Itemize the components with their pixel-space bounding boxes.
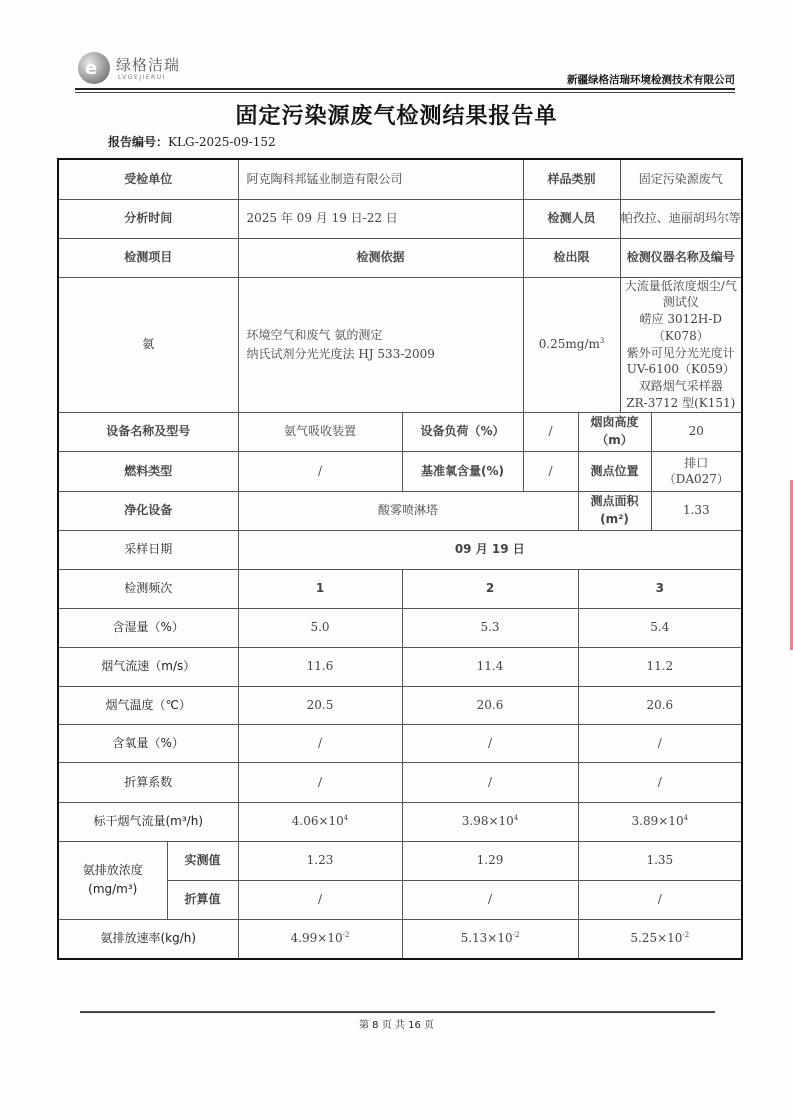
device-label: 设备名称及型号 (58, 412, 238, 451)
header-divider-thin (75, 92, 735, 93)
moisture-value-1: 5.0 (238, 608, 402, 647)
measured-value-2: 1.29 (402, 841, 578, 880)
table-row: 设备名称及型号 氨气吸收装置 设备负荷（%） / 烟囱高度（m） 20 (58, 412, 742, 451)
sample-type-value: 固定污染源废气 (620, 159, 742, 199)
analysis-time-value: 2025 年 09 月 19 日-22 日 (238, 199, 523, 238)
converted-value-2: / (402, 880, 578, 919)
sampling-date-value: 09 月 19 日 (238, 530, 742, 569)
sampling-date-label: 采样日期 (58, 530, 238, 569)
gas-temperature-value-1: 20.5 (238, 686, 402, 724)
logo-chinese-text: 绿格洁瑞 (116, 54, 180, 75)
method-instrument-header: 检测仪器名称及编号 (620, 238, 742, 277)
emission-rate-mantissa: 5.13×10 (461, 931, 513, 945)
load-label: 设备负荷（%） (402, 412, 523, 451)
instrument-line: 双路烟气采样器 (621, 378, 742, 395)
table-row: 含湿量（%） 5.0 5.3 5.4 (58, 608, 742, 647)
emission-rate-exponent: -2 (343, 931, 350, 939)
table-row: 分析时间 2025 年 09 月 19 日-22 日 检测人员 帕孜拉、迪丽胡玛… (58, 199, 742, 238)
inspectors-label: 检测人员 (523, 199, 620, 238)
seal-stamp-edge (784, 480, 793, 650)
frequency-label: 检测频次 (58, 569, 238, 608)
ref-oxygen-value: / (523, 451, 578, 491)
logo-emblem-icon: e (78, 52, 110, 84)
analysis-time-label: 分析时间 (58, 199, 238, 238)
dry-flow-exponent: 4 (514, 814, 518, 822)
instrument-line: 紫外可见分光光度计 (621, 345, 742, 362)
method-basis-line2: 纳氏试剂分光光度法 HJ 533-2009 (247, 345, 523, 364)
emission-rate-mantissa: 4.99×10 (291, 931, 343, 945)
concentration-label: 氨排放浓度 (mg/m³) (58, 841, 167, 919)
flow-velocity-value-1: 11.6 (238, 647, 402, 686)
table-row: 氨排放速率(kg/h) 4.99×10-2 5.13×10-2 5.25×10-… (58, 919, 742, 959)
table-row: 检测项目 检测依据 检出限 检测仪器名称及编号 (58, 238, 742, 277)
converted-value-1: / (238, 880, 402, 919)
company-logo: e 绿格洁瑞 LVGEJIERUI (78, 52, 198, 88)
dry-flow-mantissa: 3.98×10 (462, 814, 514, 828)
sample-type-label: 样品类别 (523, 159, 620, 199)
table-row: 含氧量（%） / / / (58, 724, 742, 762)
table-row: 检测频次 1 2 3 (58, 569, 742, 608)
instrument-line: ZR-3712 型(K151) (621, 395, 742, 412)
limit-exponent: 3 (600, 337, 604, 345)
concentration-label-line1: 氨排放浓度 (59, 861, 167, 880)
frequency-1: 1 (238, 569, 402, 608)
flow-velocity-label: 烟气流速（m/s） (58, 647, 238, 686)
emission-rate-label: 氨排放速率(kg/h) (58, 919, 238, 959)
point-location-line2: （DA027） (652, 471, 742, 488)
gas-temperature-label: 烟气温度（℃） (58, 686, 238, 724)
concentration-unit: (mg/m³) (59, 880, 167, 899)
dry-flow-value-3: 3.89×104 (578, 802, 742, 841)
converted-value-3: / (578, 880, 742, 919)
dry-flow-exponent: 4 (684, 814, 688, 822)
measured-value-3: 1.35 (578, 841, 742, 880)
fuel-label: 燃料类型 (58, 451, 238, 491)
emission-rate-value-1: 4.99×10-2 (238, 919, 402, 959)
table-row: 折算系数 / / / (58, 762, 742, 802)
method-basis-header: 检测依据 (238, 238, 523, 277)
table-row: 氨排放浓度 (mg/m³) 实测值 1.23 1.29 1.35 (58, 841, 742, 880)
fuel-value: / (238, 451, 402, 491)
report-number-value: KLG-2025-09-152 (168, 135, 276, 149)
table-row: 烟气流速（m/s） 11.6 11.4 11.2 (58, 647, 742, 686)
method-basis-line1: 环境空气和废气 氨的测定 (247, 326, 523, 345)
dry-flow-value-1: 4.06×104 (238, 802, 402, 841)
method-limit-value: 0.25mg/m3 (523, 277, 620, 412)
page-number: 第 8 页 共 16 页 (0, 1016, 793, 1031)
stack-height-label: 烟囱高度（m） (578, 412, 651, 451)
table-row: 烟气温度（℃） 20.5 20.6 20.6 (58, 686, 742, 724)
footer-divider (80, 1011, 715, 1013)
logo-english-text: LVGEJIERUI (118, 74, 166, 81)
load-value: / (523, 412, 578, 451)
purifier-value: 酸雾喷淋塔 (238, 491, 578, 530)
table-row: 净化设备 酸雾喷淋塔 测点面积(m²) 1.33 (58, 491, 742, 530)
oxygen-content-value-3: / (578, 724, 742, 762)
dry-flow-label: 标干烟气流量(m³/h) (58, 802, 238, 841)
moisture-label: 含湿量（%） (58, 608, 238, 647)
device-value: 氨气吸收装置 (238, 412, 402, 451)
report-number: 报告编号：KLG-2025-09-152 (108, 133, 276, 150)
oxygen-content-value-2: / (402, 724, 578, 762)
dry-flow-mantissa: 4.06×10 (292, 814, 344, 828)
conversion-factor-label: 折算系数 (58, 762, 238, 802)
method-limit-header: 检出限 (523, 238, 620, 277)
table-row: 受检单位 阿克陶科邦锰业制造有限公司 样品类别 固定污染源废气 (58, 159, 742, 199)
point-location-label: 测点位置 (578, 451, 651, 491)
point-location-line1: 排口 (652, 455, 742, 472)
inspectors-value: 帕孜拉、迪丽胡玛尔等 (620, 199, 742, 238)
dry-flow-exponent: 4 (344, 814, 348, 822)
report-number-label: 报告编号： (108, 135, 168, 149)
point-area-label: 测点面积(m²) (578, 491, 651, 530)
client-value: 阿克陶科邦锰业制造有限公司 (238, 159, 523, 199)
frequency-2: 2 (402, 569, 578, 608)
moisture-value-2: 5.3 (402, 608, 578, 647)
instrument-line: UV-6100（K059） (621, 361, 742, 378)
emission-rate-exponent: -2 (682, 931, 689, 939)
conversion-factor-value-1: / (238, 762, 402, 802)
result-table: 受检单位 阿克陶科邦锰业制造有限公司 样品类别 固定污染源废气 分析时间 202… (57, 158, 743, 960)
dry-flow-value-2: 3.98×104 (402, 802, 578, 841)
company-name: 新疆绿格洁瑞环境检测技术有限公司 (567, 72, 735, 87)
table-row: 燃料类型 / 基准氧含量(%) / 测点位置 排口 （DA027） (58, 451, 742, 491)
frequency-3: 3 (578, 569, 742, 608)
oxygen-content-label: 含氧量（%） (58, 724, 238, 762)
flow-velocity-value-2: 11.4 (402, 647, 578, 686)
stack-height-value: 20 (651, 412, 742, 451)
conversion-factor-value-2: / (402, 762, 578, 802)
header-divider (75, 88, 735, 90)
oxygen-content-value-1: / (238, 724, 402, 762)
ref-oxygen-label: 基准氧含量(%) (402, 451, 523, 491)
flow-velocity-value-3: 11.2 (578, 647, 742, 686)
table-row: 标干烟气流量(m³/h) 4.06×104 3.98×104 3.89×104 (58, 802, 742, 841)
gas-temperature-value-3: 20.6 (578, 686, 742, 724)
measured-value-1: 1.23 (238, 841, 402, 880)
emission-rate-mantissa: 5.25×10 (630, 931, 682, 945)
table-row: 氨 环境空气和废气 氨的测定 纳氏试剂分光光度法 HJ 533-2009 0.2… (58, 277, 742, 412)
table-row: 采样日期 09 月 19 日 (58, 530, 742, 569)
report-title: 固定污染源废气检测结果报告单 (0, 99, 793, 130)
limit-number: 0.25mg/m (539, 337, 600, 351)
measured-label: 实测值 (167, 841, 238, 880)
client-label: 受检单位 (58, 159, 238, 199)
emission-rate-value-2: 5.13×10-2 (402, 919, 578, 959)
gas-temperature-value-2: 20.6 (402, 686, 578, 724)
converted-label: 折算值 (167, 880, 238, 919)
method-item-value: 氨 (58, 277, 238, 412)
dry-flow-mantissa: 3.89×10 (632, 814, 684, 828)
point-area-value: 1.33 (651, 491, 742, 530)
conversion-factor-value-3: / (578, 762, 742, 802)
emission-rate-exponent: -2 (513, 931, 520, 939)
instrument-line: 崂应 3012H-D（K078） (621, 311, 742, 345)
purifier-label: 净化设备 (58, 491, 238, 530)
method-item-header: 检测项目 (58, 238, 238, 277)
instrument-line: 大流量低浓度烟尘/气测试仪 (621, 278, 742, 312)
emission-rate-value-3: 5.25×10-2 (578, 919, 742, 959)
moisture-value-3: 5.4 (578, 608, 742, 647)
